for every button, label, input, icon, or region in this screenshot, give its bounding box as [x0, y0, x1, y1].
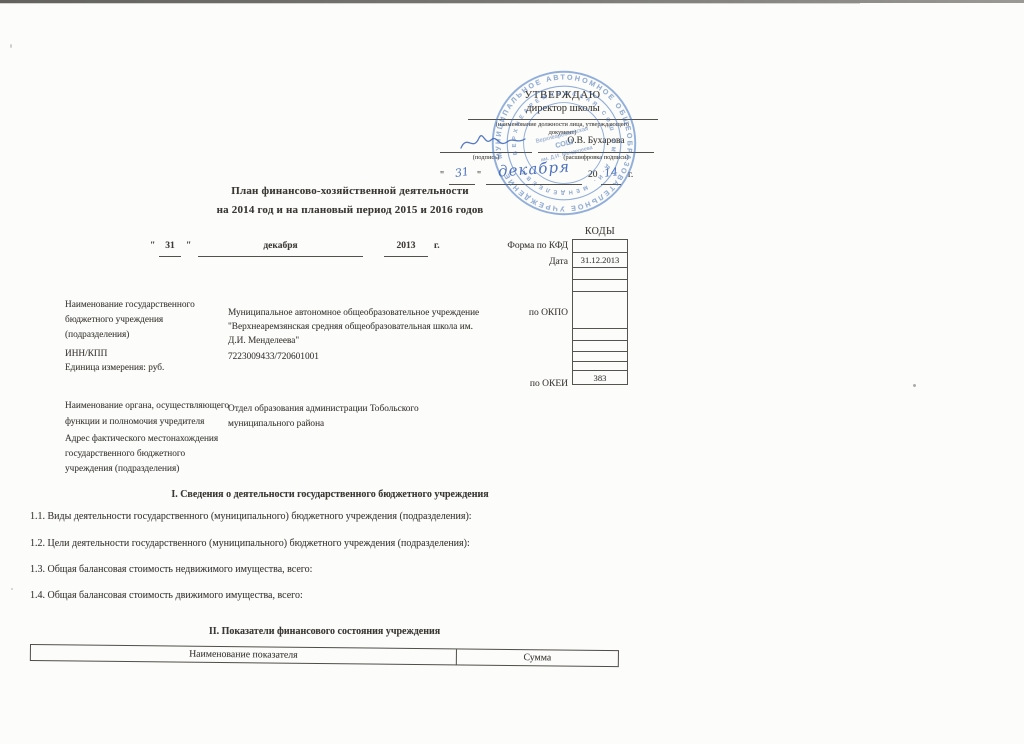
- actual-address-label: Адрес фактического местонахождения госуд…: [65, 432, 235, 477]
- document-title: План финансово-хозяйственной деятельност…: [200, 182, 500, 220]
- doc-date-year: 2013: [384, 241, 428, 257]
- codes-cell-date: 31.12.2013: [572, 252, 628, 268]
- approval-date-year-handwritten: 14: [601, 166, 621, 185]
- inn-kpp-value: 7223009433/720601001: [228, 350, 483, 364]
- unit-of-measure-label: Единица измерения: руб.: [65, 361, 235, 376]
- institution-name-value: Муниципальное автономное общеобразовател…: [228, 306, 483, 348]
- founder-body-label: Наименование органа, осуществляющего фун…: [65, 398, 235, 430]
- section1-item-1-3: 1.3. Общая балансовая стоимость недвижим…: [30, 564, 650, 575]
- codes-label-date: Дата: [440, 257, 568, 267]
- approval-date-day-handwritten: 31: [449, 166, 475, 185]
- section1-item-1-4: 1.4. Общая балансовая стоимость движимог…: [30, 590, 650, 601]
- scanned-document-page: МУНИЦИПАЛЬНОЕ АВТОНОМНОЕ ОБЩЕОБРАЗОВАТЕЛ…: [0, 0, 1024, 744]
- scan-speck: [11, 588, 13, 590]
- approval-date-year-prefix: 20: [588, 170, 598, 180]
- section1-item-1-1: 1.1. Виды деятельности государственного …: [30, 511, 650, 522]
- inn-kpp-label: ИНН/КПП: [65, 347, 235, 362]
- scan-top-edge-shadow: [0, 3, 860, 4]
- fin-table-col-indicator-name: Наименование показателя: [31, 645, 457, 664]
- approval-date-month-handwritten: декабря: [486, 160, 582, 185]
- approval-date-open-quote: ": [440, 170, 444, 181]
- approval-heading: УТВЕРЖДАЮ: [455, 89, 670, 101]
- doc-date-month: декабря: [198, 241, 363, 257]
- doc-date-day: 31: [159, 241, 181, 257]
- codes-cell-okei: 383: [572, 370, 628, 385]
- doc-date-suffix: г.: [434, 241, 440, 256]
- institution-name-label: Наименование государственного бюджетного…: [65, 298, 235, 343]
- codes-cell-kfd: [572, 239, 628, 253]
- section2-heading: II. Показатели финансового состояния учр…: [30, 626, 619, 637]
- approval-date-year-suffix: г.: [628, 170, 633, 180]
- codes-label-kfd: Форма по КФД: [440, 241, 568, 251]
- fin-table-col-sum: Сумма: [457, 649, 618, 666]
- codes-table: 31.12.2013 383: [572, 240, 628, 385]
- section1-item-1-2: 1.2. Цели деятельности государственного …: [30, 538, 650, 549]
- codes-label-okei: по ОКЕИ: [440, 379, 568, 389]
- codes-cell-okpo: [572, 291, 628, 329]
- signature-scribble: [455, 126, 535, 154]
- section1-heading: I. Сведения о деятельности государственн…: [30, 489, 630, 500]
- codes-table-header: КОДЫ: [572, 226, 628, 237]
- doc-date-close-quote: ": [186, 241, 191, 256]
- financial-indicators-table: Наименование показателя Сумма: [30, 644, 619, 667]
- signature-name: О.В. Бухарова: [538, 136, 654, 153]
- approver-position: директор школы: [468, 103, 658, 120]
- scan-speck: [10, 44, 12, 48]
- document-title-line2: на 2014 год и на плановый период 2015 и …: [200, 201, 500, 220]
- founder-body-value: Отдел образования администрации Тобольск…: [228, 402, 483, 432]
- doc-date-open-quote: ": [150, 241, 155, 256]
- scan-speck: [913, 384, 916, 387]
- approval-date-close-quote: ": [477, 170, 481, 181]
